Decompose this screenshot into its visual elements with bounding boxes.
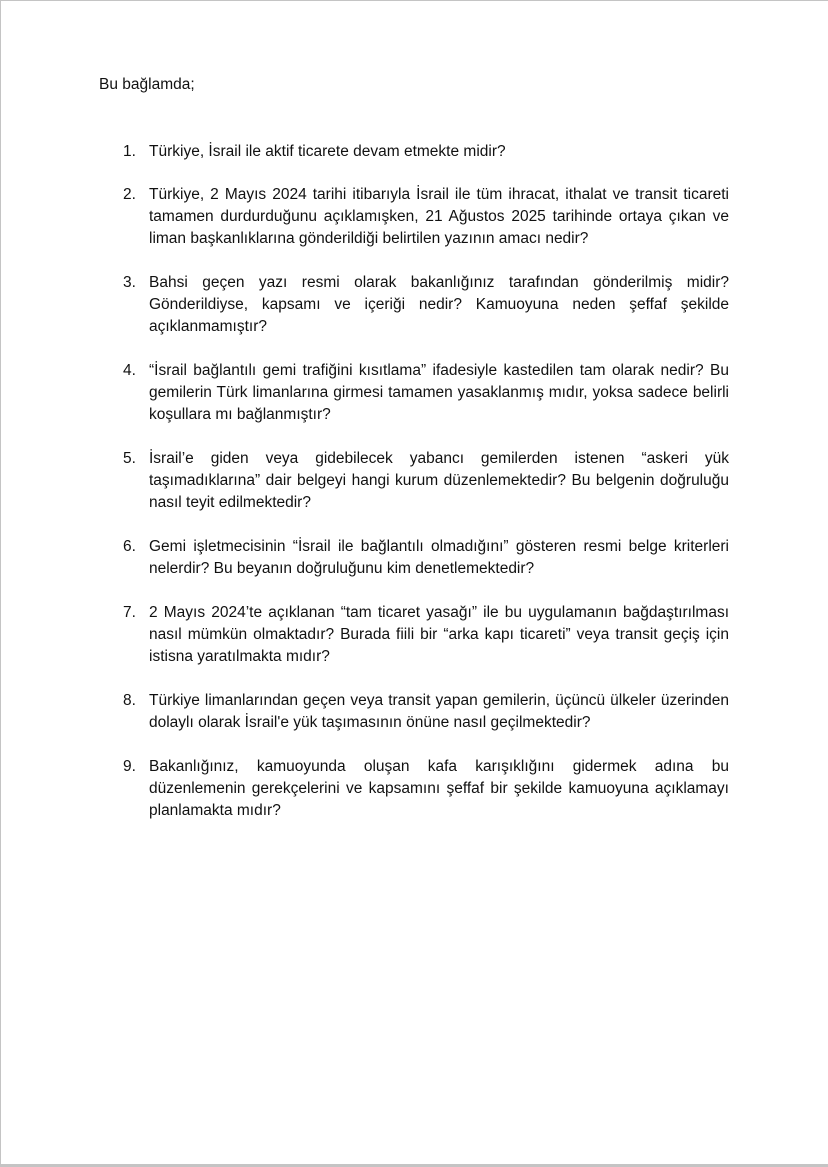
question-text: Bakanlığınız, kamuoyunda oluşan kafa kar…	[149, 758, 729, 819]
question-text: Türkiye, İsrail ile aktif ticarete devam…	[149, 143, 506, 160]
question-item: 3. Bahsi geçen yazı resmi olarak bakanlı…	[149, 272, 729, 338]
question-text: Türkiye limanlarından geçen veya transit…	[149, 692, 729, 731]
question-number: 7.	[123, 602, 145, 624]
question-text: Gemi işletmecisinin “İsrail ile bağlantı…	[149, 538, 729, 577]
question-text: 2 Mayıs 2024’te açıklanan “tam ticaret y…	[149, 604, 729, 665]
question-text: Türkiye, 2 Mayıs 2024 tarihi itibarıyla …	[149, 186, 729, 247]
question-item: 7. 2 Mayıs 2024’te açıklanan “tam ticare…	[149, 602, 729, 668]
question-text: Bahsi geçen yazı resmi olarak bakanlığın…	[149, 274, 729, 335]
question-item: 5. İsrail’e giden veya gidebilecek yaban…	[149, 448, 729, 514]
question-item: 6. Gemi işletmecisinin “İsrail ile bağla…	[149, 536, 729, 580]
question-number: 6.	[123, 536, 145, 558]
question-item: 1. Türkiye, İsrail ile aktif ticarete de…	[149, 141, 729, 163]
question-item: 4. “İsrail bağlantılı gemi trafiğini kıs…	[149, 360, 729, 426]
intro-text: Bu bağlamda;	[99, 74, 195, 96]
question-item: 9. Bakanlığınız, kamuoyunda oluşan kafa …	[149, 756, 729, 822]
question-number: 4.	[123, 360, 145, 382]
question-text: “İsrail bağlantılı gemi trafiğini kısıtl…	[149, 362, 729, 423]
question-item: 8. Türkiye limanlarından geçen veya tran…	[149, 690, 729, 734]
question-number: 9.	[123, 756, 145, 778]
question-item: 2. Türkiye, 2 Mayıs 2024 tarihi itibarıy…	[149, 184, 729, 250]
question-number: 8.	[123, 690, 145, 712]
question-number: 5.	[123, 448, 145, 470]
document-page: Bu bağlamda; 1. Türkiye, İsrail ile akti…	[0, 0, 828, 1167]
question-number: 1.	[123, 141, 145, 163]
question-number: 3.	[123, 272, 145, 294]
question-number: 2.	[123, 184, 145, 206]
question-text: İsrail’e giden veya gidebilecek yabancı …	[149, 450, 729, 511]
